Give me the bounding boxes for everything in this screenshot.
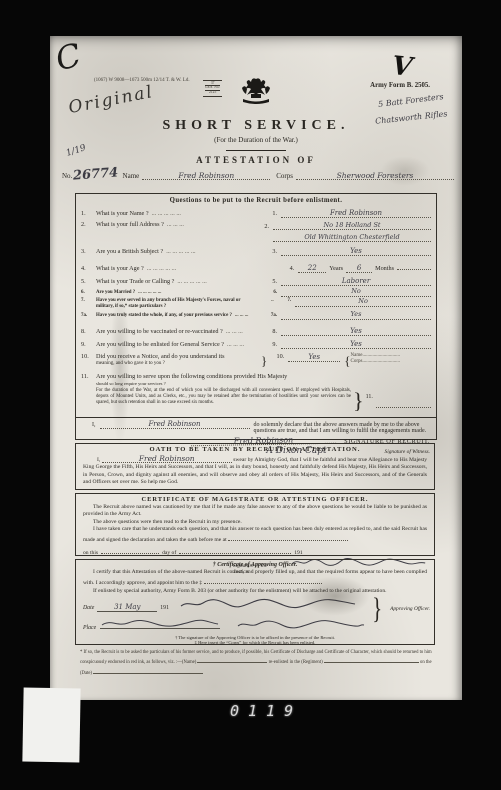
question-row-3: 3. Are you a British Subject ? ... ... .… [76, 247, 436, 256]
check-mark: V [390, 51, 413, 83]
question-row-7a: 7a. Have you truly stated the whole, if … [76, 311, 436, 320]
approving-countersignature-script [236, 619, 366, 629]
declaration-lead: I, [92, 422, 96, 428]
magistrate-heading: CERTIFICATE OF MAGISTRATE OR ATTESTING O… [83, 496, 427, 503]
form-title: SHORT SERVICE. [50, 118, 462, 134]
q-num: 2. [81, 221, 96, 229]
dot-leader: ... ... ... [232, 313, 260, 319]
brace-glyph: } [372, 592, 382, 626]
month-blank [179, 546, 291, 554]
q-text: Have you truly stated the whole, if any,… [96, 313, 232, 319]
question-row-10: 10. Did you receive a Notice, and do you… [76, 353, 436, 369]
identity-line: No. 26774 Name Fred Robinson Corps Sherw… [62, 167, 454, 182]
corps-label: Corps [276, 172, 293, 180]
scanned-attestation-document: { "scan": { "corner_letter": "C", "check… [0, 0, 501, 790]
years-label: Years [326, 265, 346, 273]
film-frame-number: 0119 [230, 702, 302, 720]
a-num: 4. [277, 265, 298, 273]
q-text: Are you willing to be enlisted for Gener… [96, 341, 224, 349]
dot-leader: ... ... ... ... ... [149, 210, 260, 218]
oath-lead: I, [97, 457, 100, 463]
dot-leader: ... ... ... ... ... [144, 265, 277, 273]
attestation-heading: ATTESTATION OF [50, 155, 462, 165]
condition-text: For the duration of the War, at the end … [96, 388, 351, 407]
oath-name-script: Fred Robinson [102, 454, 232, 463]
dot-leader: ... ... ... [164, 221, 252, 229]
q-text: What is your Trade or Calling ? [96, 278, 174, 286]
dot-leader: ... ... ... ... ... [174, 278, 260, 286]
a-num: 8. [260, 328, 281, 336]
dot-leader: ... ... ... ... ... [163, 248, 260, 256]
footnote-regiment-blank [324, 656, 419, 663]
answer-british-subject: Yes [281, 247, 431, 256]
question-row-7: 7. Have you ever served in any branch of… [76, 298, 436, 309]
question-row-2: 2. What is your full Address ? ... ... .… [76, 221, 436, 242]
magistrate-para3-line: I have taken care that he understands ea… [83, 526, 427, 545]
q-text: Are you willing to serve upon the follow… [96, 373, 366, 381]
oath-heading: OATH TO BE TAKEN BY RECRUIT ON ATTESTATI… [83, 446, 427, 453]
q-num: 10. [81, 353, 96, 361]
q-num: 5. [81, 278, 96, 286]
year-label: 191 [160, 605, 169, 611]
a-num: 7a. [260, 313, 281, 319]
answer-address-1: No 18 Holland St [273, 221, 431, 230]
a-num: 1. [260, 210, 281, 218]
corps-value: Sherwood Foresters [296, 171, 454, 180]
form-number: Army Form B. 2505. [370, 82, 430, 89]
footnote-name-blank [197, 656, 267, 663]
q-num: 6. [81, 290, 96, 296]
service-number-value: 26774 [73, 165, 119, 183]
q-text: Did you receive a Notice, and do you und… [96, 353, 261, 361]
magistrate-para1: The Recruit above named was cautioned by… [83, 504, 427, 519]
appointed-corps-blank [204, 576, 322, 584]
corner-letter-mark: C [52, 36, 85, 79]
recruit-name-value: Fred Robinson [142, 171, 270, 180]
a-num: 3. [260, 248, 281, 256]
scanned-paper-form: C V Original 1/19 (1067) W 9008—1673 500… [50, 36, 462, 700]
q-num: 1. [81, 210, 96, 218]
day-blank [101, 546, 159, 554]
answer-trade: Laborer [281, 277, 431, 286]
magistrate-para2: The above questions were then read to th… [83, 519, 427, 526]
title-rule [226, 150, 286, 151]
question-row-8: 8. Are you willing to be vaccinated or r… [76, 327, 436, 336]
printer-imprint: (1067) W 9008—1673 500m 12/14 T. & W. Ld… [94, 78, 190, 83]
a-num: 6. [260, 290, 281, 296]
no-label: No. [62, 172, 72, 180]
place-value-script [100, 618, 220, 629]
answer-age-years: 22 [298, 264, 326, 273]
questions-heading: Questions to be put to the Recruit befor… [76, 197, 436, 204]
q-num: 4. [81, 265, 96, 273]
questions-section: Questions to be put to the Recruit befor… [75, 193, 437, 440]
answer-conditions-line [376, 399, 431, 408]
dot-leader: ... ... ... [223, 328, 260, 336]
question-row-9: 9. Are you willing to be enlisted for Ge… [76, 340, 436, 349]
a-num: 7. [274, 298, 295, 304]
q-num: 7. [81, 298, 96, 304]
footnote-mid: re-enlisted in the (Regiment) [269, 660, 323, 665]
magistrate-date-line: on this day of 191 [83, 546, 427, 556]
q-text-block: Are you willing to serve upon the follow… [96, 373, 366, 386]
day-of-label: day of [162, 550, 176, 556]
question-row-6: 6. Are you Married ? ... ... ... ... ...… [76, 288, 436, 297]
answer-address-2: Old Whittington Chesterfield [273, 233, 431, 242]
approving-signature-script [179, 598, 359, 609]
film-notch-card [22, 688, 80, 763]
answer-general-service: Yes [281, 340, 431, 349]
stamp-line: 2125 [205, 90, 220, 95]
q-num: 3. [81, 248, 96, 256]
approving-officer-label: Approving Officer. [390, 606, 430, 612]
q-text: What is your Name ? [96, 210, 149, 218]
answer-vaccinated: Yes [281, 327, 431, 336]
approving-note2: ‡ Here insert the “Corps” for which the … [83, 640, 427, 645]
form-subtitle: (For the Duration of the War.) [50, 136, 462, 144]
answer-address-block: No 18 Holland St Old Whittington Chester… [273, 221, 431, 242]
q-text: What is your Age ? [96, 265, 144, 273]
a-num: 2. [252, 221, 273, 231]
date-value-script: 31 May [97, 603, 157, 612]
q-text: Are you willing to be vaccinated or re-v… [96, 328, 223, 336]
q-text-2: should so long require your services ? [96, 381, 366, 387]
q-text: Are you Married ? [96, 290, 135, 296]
approving-heading: † Certificate of Approving Officer. [83, 562, 427, 568]
condition-row: For the duration of the War, at the end … [76, 387, 436, 414]
q-text-block: Have you ever served in any branch of Hi… [96, 298, 268, 309]
answer-tail-line [397, 261, 431, 270]
q-num: 7a. [81, 313, 96, 319]
months-label: Months [372, 265, 397, 273]
question-row-1: 1. What is your Name ? ... ... ... ... .… [76, 209, 436, 218]
q-text-2: military, if so,* state particulars ? [96, 304, 268, 310]
a-num: 10. [267, 353, 288, 361]
unit-note-line1: 5 Batt Foresters [378, 92, 444, 109]
q-text: Are you a British Subject ? [96, 248, 163, 256]
original-script-note: Original [67, 82, 156, 118]
a-num: 5. [260, 278, 281, 286]
on-this-label: on this [83, 550, 98, 556]
place-label: Place [83, 625, 96, 631]
answer-notice: Yes [288, 353, 340, 362]
attested-place-line [228, 533, 348, 541]
name-label: Name [123, 172, 140, 180]
oath-section: OATH TO BE TAKEN BY RECRUIT ON ATTESTATI… [75, 443, 435, 490]
q-text: What is your full Address ? [96, 221, 164, 229]
a-num: 9. [260, 341, 281, 349]
notice-side-block: Name.............................. Corps… [351, 353, 432, 366]
answer-age-months: 6 [346, 264, 372, 273]
answer-name: Fred Robinson [281, 209, 431, 218]
q-text-2: meaning, and who gave it to you ? [96, 361, 261, 367]
approving-para1-line: I certify that this Attestation of the a… [83, 569, 427, 588]
answer-previous-service: No [295, 298, 431, 307]
notice-corps-line: Corps.............................. [351, 359, 432, 365]
year-label: 191 [294, 550, 302, 556]
declaration-line: I, Fred Robinson do solemnly declare tha… [82, 420, 430, 434]
footnote-date-blank [93, 667, 203, 674]
oath-body: I, Fred Robinson swear by Almighty God, … [83, 454, 427, 486]
answer-married: No [281, 288, 431, 297]
brace-glyph: } [353, 388, 364, 414]
question-row-11: 11. Are you willing to serve upon the fo… [76, 373, 436, 386]
dot-leader: ... ... ... [224, 341, 260, 349]
date-label: Date [83, 605, 94, 611]
q-num: 9. [81, 341, 96, 349]
q-num: 8. [81, 328, 96, 336]
dot-leader: ... ... ... ... ... [135, 290, 260, 296]
answer-truly-stated: Yes [281, 311, 431, 320]
royal-coat-of-arms-icon [240, 76, 272, 111]
general-number-stamp: 37 GEN. NO. 2125 [203, 80, 222, 97]
footnote-block: * If so, the Recruit is to be asked the … [80, 650, 432, 677]
declaration-text: do solemnly declare that the above answe… [254, 422, 431, 434]
approving-section: † Certificate of Approving Officer. I ce… [75, 559, 435, 645]
a-num: 11. [366, 388, 373, 400]
question-row-4: 4. What is your Age ? ... ... ... ... ..… [76, 261, 436, 273]
q-num: 11. [81, 373, 96, 381]
declaration-name-script: Fred Robinson [100, 420, 250, 429]
q-text-block: Did you receive a Notice, and do you und… [96, 353, 261, 367]
question-row-5: 5. What is your Trade or Calling ? ... .… [76, 277, 436, 286]
magistrate-section: CERTIFICATE OF MAGISTRATE OR ATTESTING O… [75, 493, 435, 556]
